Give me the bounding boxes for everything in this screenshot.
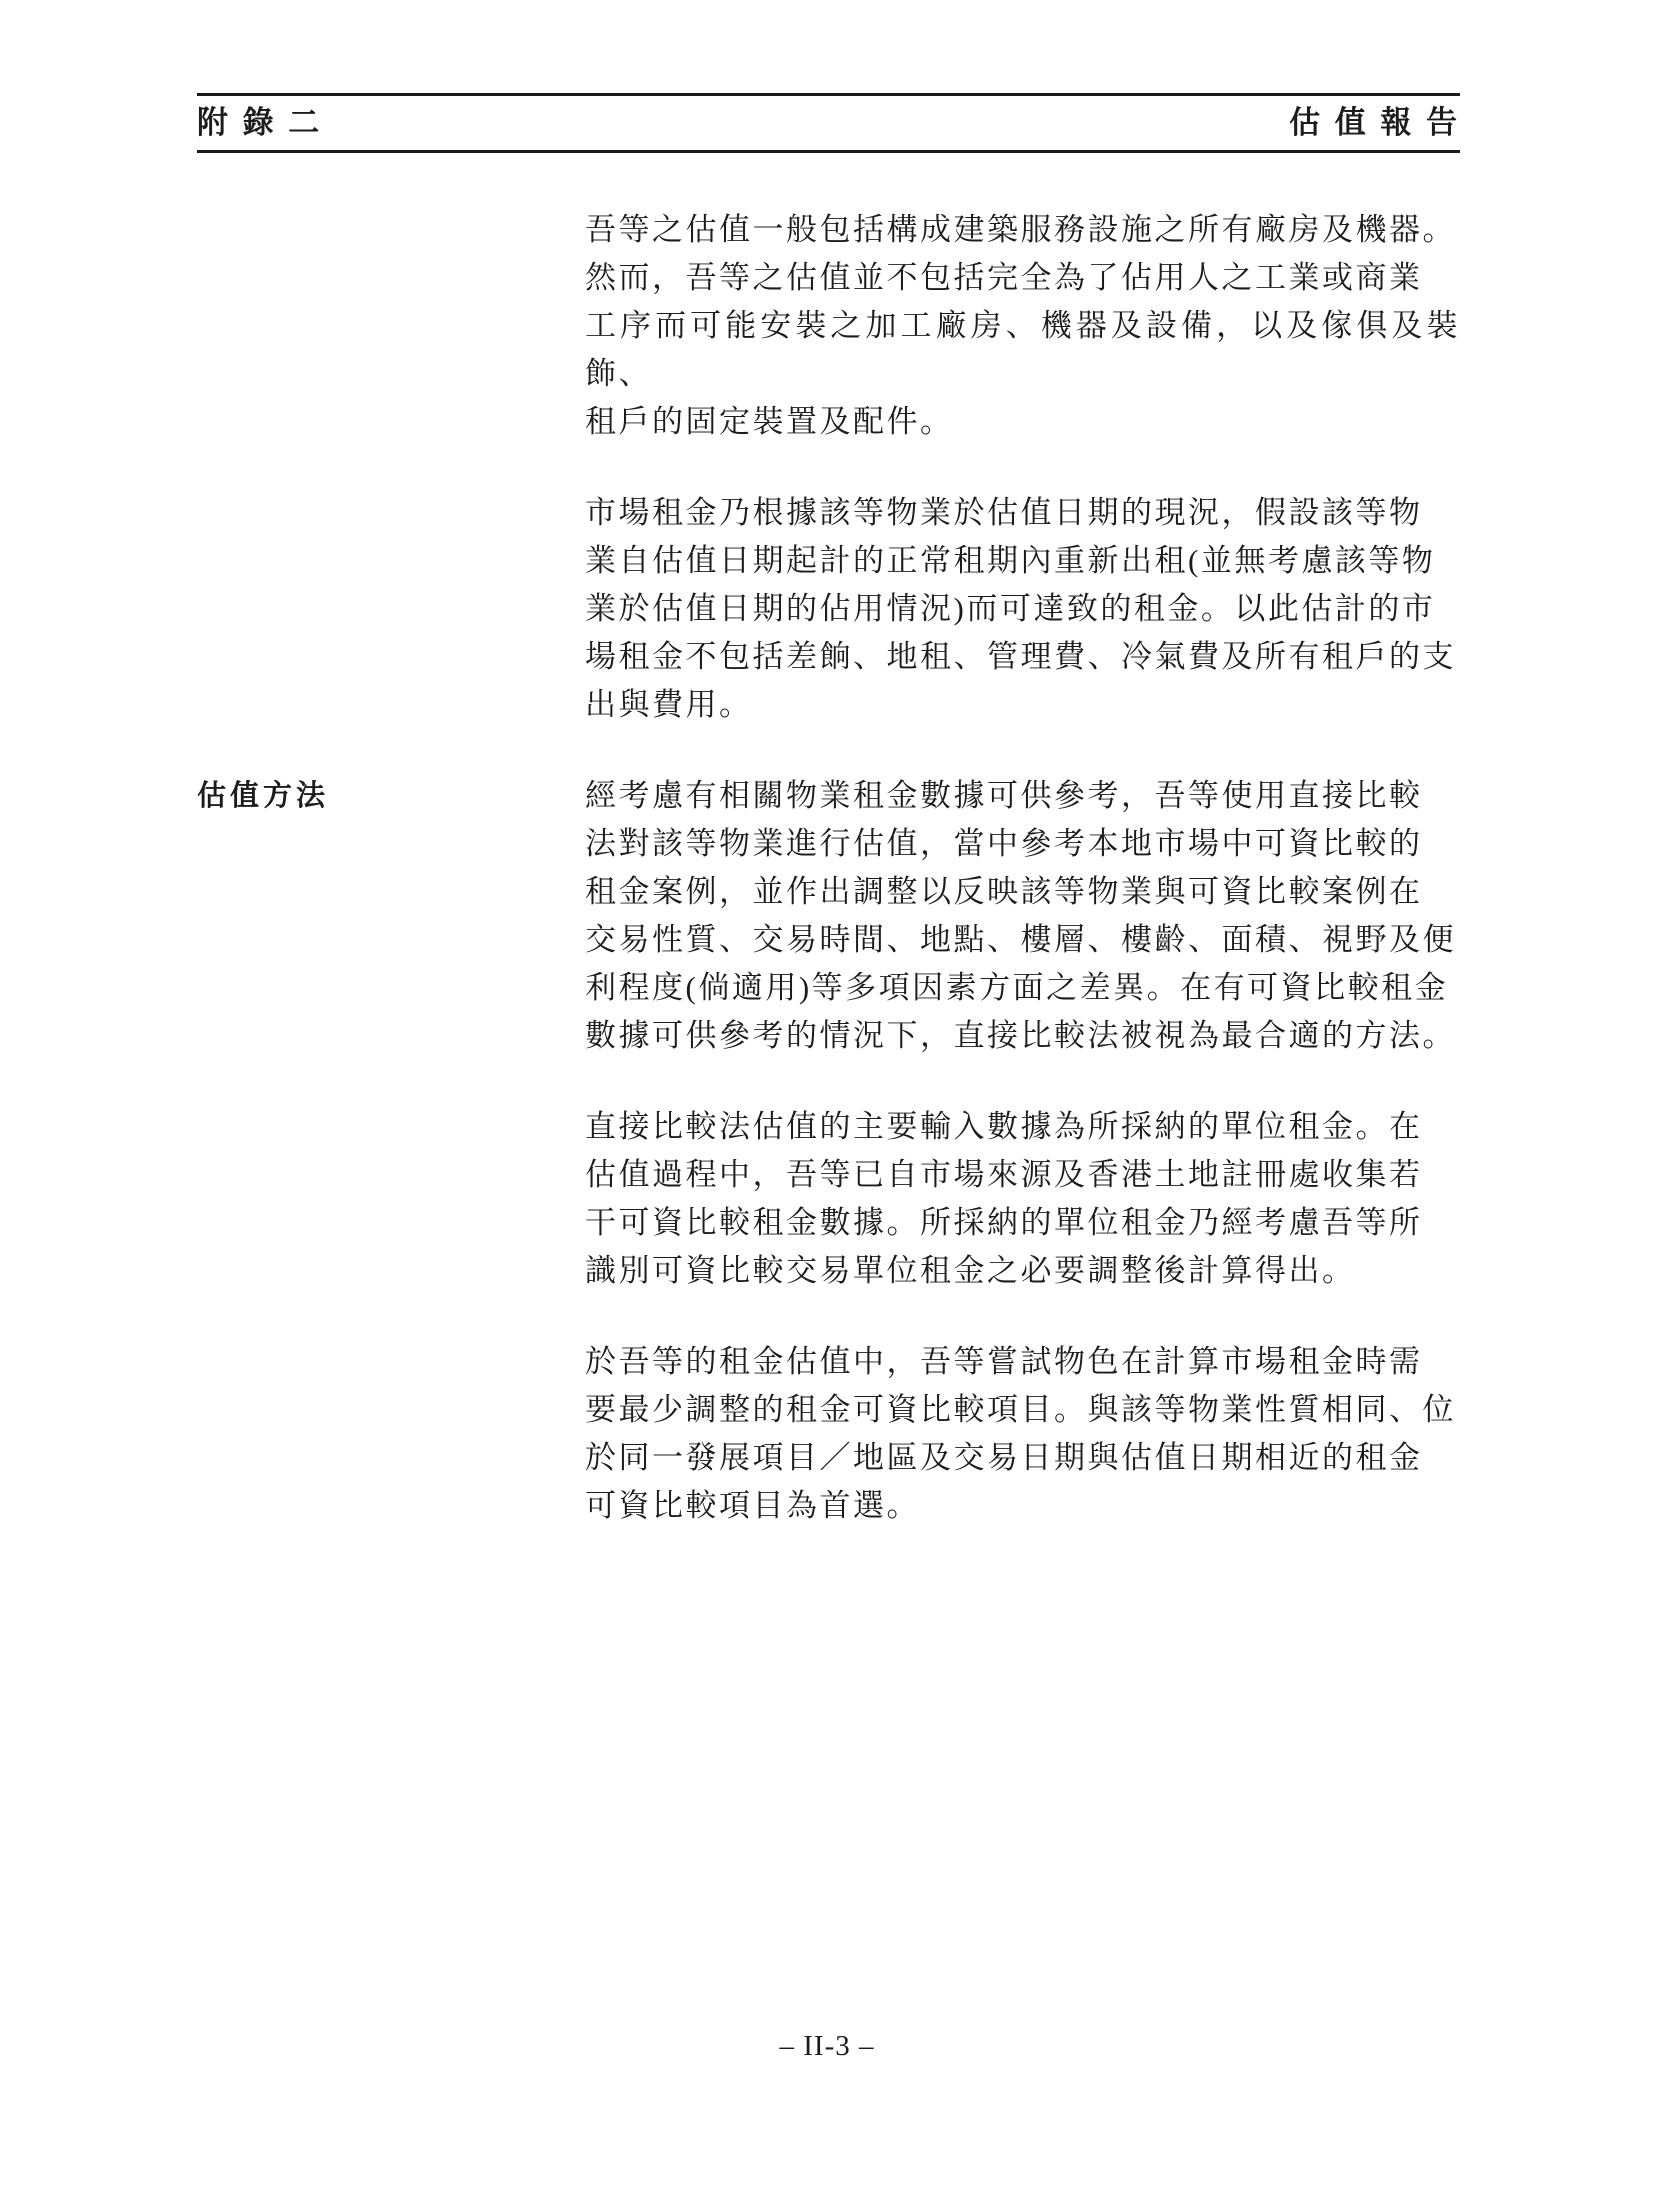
paragraph-block: 直接比較法估值的主要輸入數據為所採納的單位租金。在 估值過程中，吾等已自市場來源… xyxy=(197,1103,1460,1295)
document-body: 吾等之估值一般包括構成建築服務設施之所有廠房及機器。 然而，吾等之估值並不包括完… xyxy=(197,206,1460,1530)
page-content: 附 錄 二 估 值 報 告 吾等之估值一般包括構成建築服務設施之所有廠房及機器。… xyxy=(197,93,1460,1530)
section-label xyxy=(197,489,585,729)
page-number: – II-3 – xyxy=(780,2030,875,2062)
paragraph: 市場租金乃根據該等物業於估值日期的現況，假設該等物 業自估值日期起計的正常租期內… xyxy=(585,489,1460,729)
section-label xyxy=(197,206,585,446)
section-label-valuation-methodology: 估值方法 xyxy=(197,772,585,1060)
header-report-title: 估 值 報 告 xyxy=(1289,106,1460,139)
paragraph-block: 吾等之估值一般包括構成建築服務設施之所有廠房及機器。 然而，吾等之估值並不包括完… xyxy=(197,206,1460,446)
section-label xyxy=(197,1338,585,1530)
paragraph: 於吾等的租金估值中，吾等嘗試物色在計算市場租金時需 要最少調整的租金可資比較項目… xyxy=(585,1338,1460,1530)
section-label xyxy=(197,1103,585,1295)
paragraph-block: 市場租金乃根據該等物業於估值日期的現況，假設該等物 業自估值日期起計的正常租期內… xyxy=(197,489,1460,729)
paragraph: 直接比較法估值的主要輸入數據為所採納的單位租金。在 估值過程中，吾等已自市場來源… xyxy=(585,1103,1460,1295)
paragraph: 吾等之估值一般包括構成建築服務設施之所有廠房及機器。 然而，吾等之估值並不包括完… xyxy=(585,206,1460,446)
paragraph: 經考慮有相關物業租金數據可供參考，吾等使用直接比較 法對該等物業進行估值，當中參… xyxy=(585,772,1460,1060)
header-appendix-title: 附 錄 二 xyxy=(197,106,322,139)
paragraph-block: 於吾等的租金估值中，吾等嘗試物色在計算市場租金時需 要最少調整的租金可資比較項目… xyxy=(197,1338,1460,1530)
page-footer: – II-3 – xyxy=(0,2028,1654,2064)
page-header: 附 錄 二 估 值 報 告 xyxy=(197,93,1460,153)
document-page: { "header": { "left_title": "附 錄 二", "ri… xyxy=(0,0,1654,2205)
paragraph-block: 估值方法 經考慮有相關物業租金數據可供參考，吾等使用直接比較 法對該等物業進行估… xyxy=(197,772,1460,1060)
